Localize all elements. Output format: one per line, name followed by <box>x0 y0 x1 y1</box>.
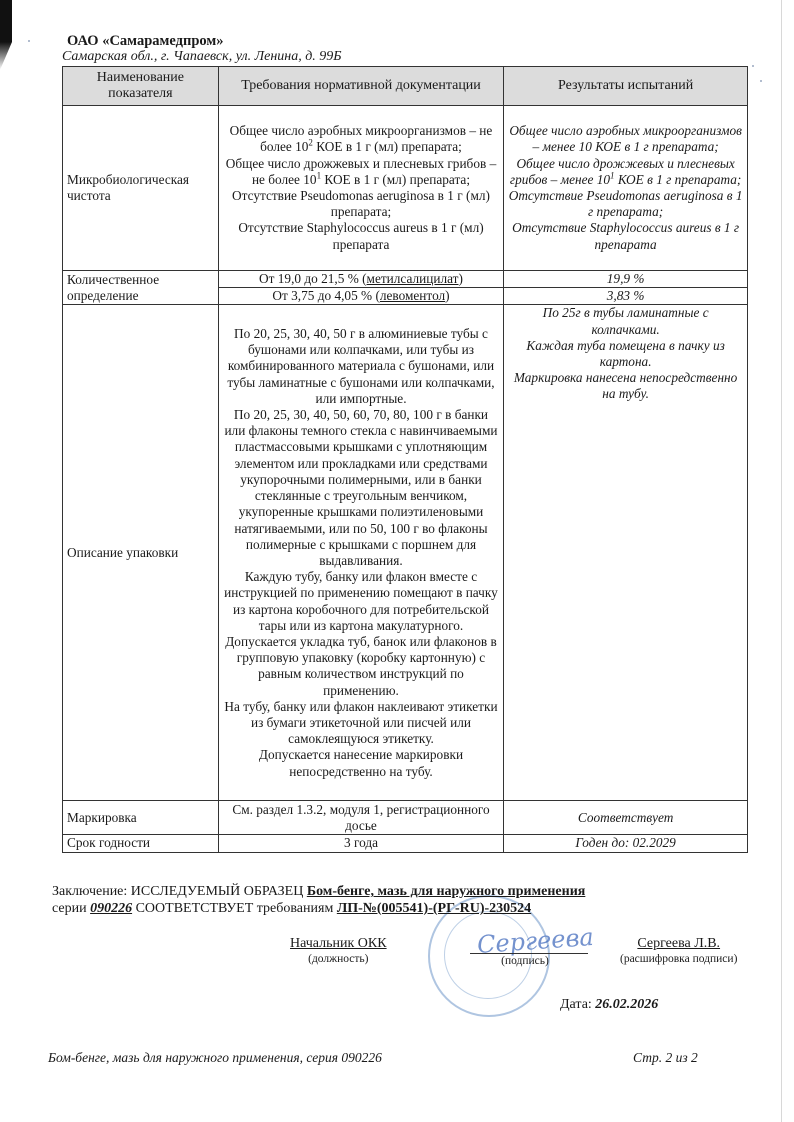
scan-edge-shadow <box>0 0 12 70</box>
req-line: КОЕ в 1 г (мл) препарата; <box>321 172 470 187</box>
result-line: КОЕ в 1 г препарата; <box>615 172 742 187</box>
requirement-cell: 3 года <box>218 835 503 852</box>
signature-field: (подпись) <box>470 936 580 967</box>
substance-name: метилсалицилат <box>367 271 459 286</box>
position-title: Начальник ОКК <box>290 936 387 951</box>
req-text: ) <box>445 288 449 303</box>
series-label: серии <box>52 901 90 916</box>
conclusion: Заключение: ИССЛЕДУЕМЫЙ ОБРАЗЕЦ Бом-бенг… <box>52 883 585 917</box>
result-paragraph: Маркировка нанесена непосредственно на т… <box>514 370 737 401</box>
req-paragraph: На тубу, банку или флакон наклеивают эти… <box>224 699 497 746</box>
result-line: Общее число аэробных микроорганизмов – м… <box>509 123 742 154</box>
date-label: Дата: <box>560 997 595 1012</box>
requirement-cell: От 19,0 до 21,5 % (метилсалицилат) <box>218 271 503 288</box>
column-header-results: Результаты испытаний <box>504 67 748 106</box>
table-row-packaging: Описание упаковки По 20, 25, 30, 40, 50 … <box>63 305 748 801</box>
req-line: Отсутствие Pseudomonas aeruginosa в 1 г … <box>232 188 490 219</box>
table-row-quantitative-methyl-salicylate: Количественное определение От 19,0 до 21… <box>63 271 748 288</box>
indicator-cell: Маркировка <box>63 801 219 835</box>
req-paragraph: По 20, 25, 30, 40, 50, 60, 70, 80, 100 г… <box>224 407 497 568</box>
result-cell: 3,83 % <box>504 288 748 305</box>
conclusion-label: Заключение: ИССЛЕДУЕМЫЙ ОБРАЗЕЦ <box>52 884 307 899</box>
signature-caption: (подпись) <box>470 955 580 967</box>
req-paragraph: Каждую тубу, банку или флакон вместе с и… <box>224 569 498 697</box>
product-name: Бом-бенге, мазь для наружного применения <box>307 884 586 899</box>
requirement-cell: От 3,75 до 4,05 % (левоментол) <box>218 288 503 305</box>
result-cell: Общее число аэробных микроорганизмов – м… <box>504 106 748 271</box>
position-caption: (должность) <box>290 953 387 965</box>
result-cell: 19,9 % <box>504 271 748 288</box>
standard-number: ЛП-№(005541)-(РГ-RU)-230524 <box>337 901 531 916</box>
indicator-cell: Количественное определение <box>63 271 219 305</box>
signatory-position: Начальник ОКК (должность) <box>290 936 387 965</box>
substance-name: левоментол <box>380 288 445 303</box>
test-results-table: Наименование показателя Требования норма… <box>62 66 748 853</box>
signatory-name: Сергеева Л.В. (расшифровка подписи) <box>620 936 737 965</box>
indicator-cell: Микробиологическая чистота <box>63 106 219 271</box>
requirement-cell: Общее число аэробных микроорганизмов – н… <box>218 106 503 271</box>
result-cell: Соответствует <box>504 801 748 835</box>
result-cell: По 25г в тубы ламинатные с колпачками. К… <box>504 305 748 801</box>
signature-line <box>470 936 588 954</box>
req-line: Отсутствие Staphylococcus aureus в 1 г (… <box>238 220 483 251</box>
table-row-marking: Маркировка См. раздел 1.3.2, модуля 1, р… <box>63 801 748 835</box>
result-paragraph: По 25г в тубы ламинатные с колпачками. <box>543 305 709 336</box>
indicator-cell: Описание упаковки <box>63 305 219 801</box>
table-header-row: Наименование показателя Требования норма… <box>63 67 748 106</box>
scan-speck <box>760 80 762 82</box>
req-text: От 19,0 до 21,5 % ( <box>259 271 367 286</box>
column-header-indicator: Наименование показателя <box>63 67 219 106</box>
name-text: Сергеева Л.В. <box>637 936 720 951</box>
result-line: Отсутствие Pseudomonas aeruginosa в 1 г … <box>509 188 743 219</box>
table-row-microbiological-purity: Микробиологическая чистота Общее число а… <box>63 106 748 271</box>
requirement-cell: По 20, 25, 30, 40, 50 г в алюминиевые ту… <box>218 305 503 801</box>
result-cell: Годен до: 02.2029 <box>504 835 748 852</box>
company-name: ОАО «Самарамедпром» <box>67 33 224 50</box>
req-line: КОЕ в 1 г (мл) препарата; <box>313 139 462 154</box>
req-text: От 3,75 до 4,05 % ( <box>272 288 380 303</box>
requirement-cell: См. раздел 1.3.2, модуля 1, регистрацион… <box>218 801 503 835</box>
scan-speck <box>28 40 30 42</box>
column-header-requirements: Требования нормативной документации <box>218 67 503 106</box>
compliance-text: СООТВЕТСТВУЕТ требованиям <box>132 901 337 916</box>
scan-edge-line <box>781 0 782 1122</box>
footer-page-number: Стр. 2 из 2 <box>633 1050 698 1066</box>
result-line: Отсутствие Staphylococcus aureus в 1 г п… <box>512 220 739 251</box>
footer-document-title: Бом-бенге, мазь для наружного применения… <box>48 1050 382 1066</box>
result-paragraph: Каждая туба помещена в пачку из картона. <box>526 338 724 369</box>
req-paragraph: Допускается нанесение маркировки непосре… <box>259 747 463 778</box>
scan-speck <box>752 65 754 67</box>
req-paragraph: По 20, 25, 30, 40, 50 г в алюминиевые ту… <box>227 326 494 406</box>
table-row-shelf-life: Срок годности 3 года Годен до: 02.2029 <box>63 835 748 852</box>
indicator-cell: Срок годности <box>63 835 219 852</box>
company-address: Самарская обл., г. Чапаевск, ул. Ленина,… <box>62 49 342 65</box>
req-text: ) <box>459 271 463 286</box>
issue-date: Дата: 26.02.2026 <box>560 997 658 1013</box>
series-number: 090226 <box>90 901 132 916</box>
name-caption: (расшифровка подписи) <box>620 953 737 965</box>
date-value: 26.02.2026 <box>595 997 658 1012</box>
